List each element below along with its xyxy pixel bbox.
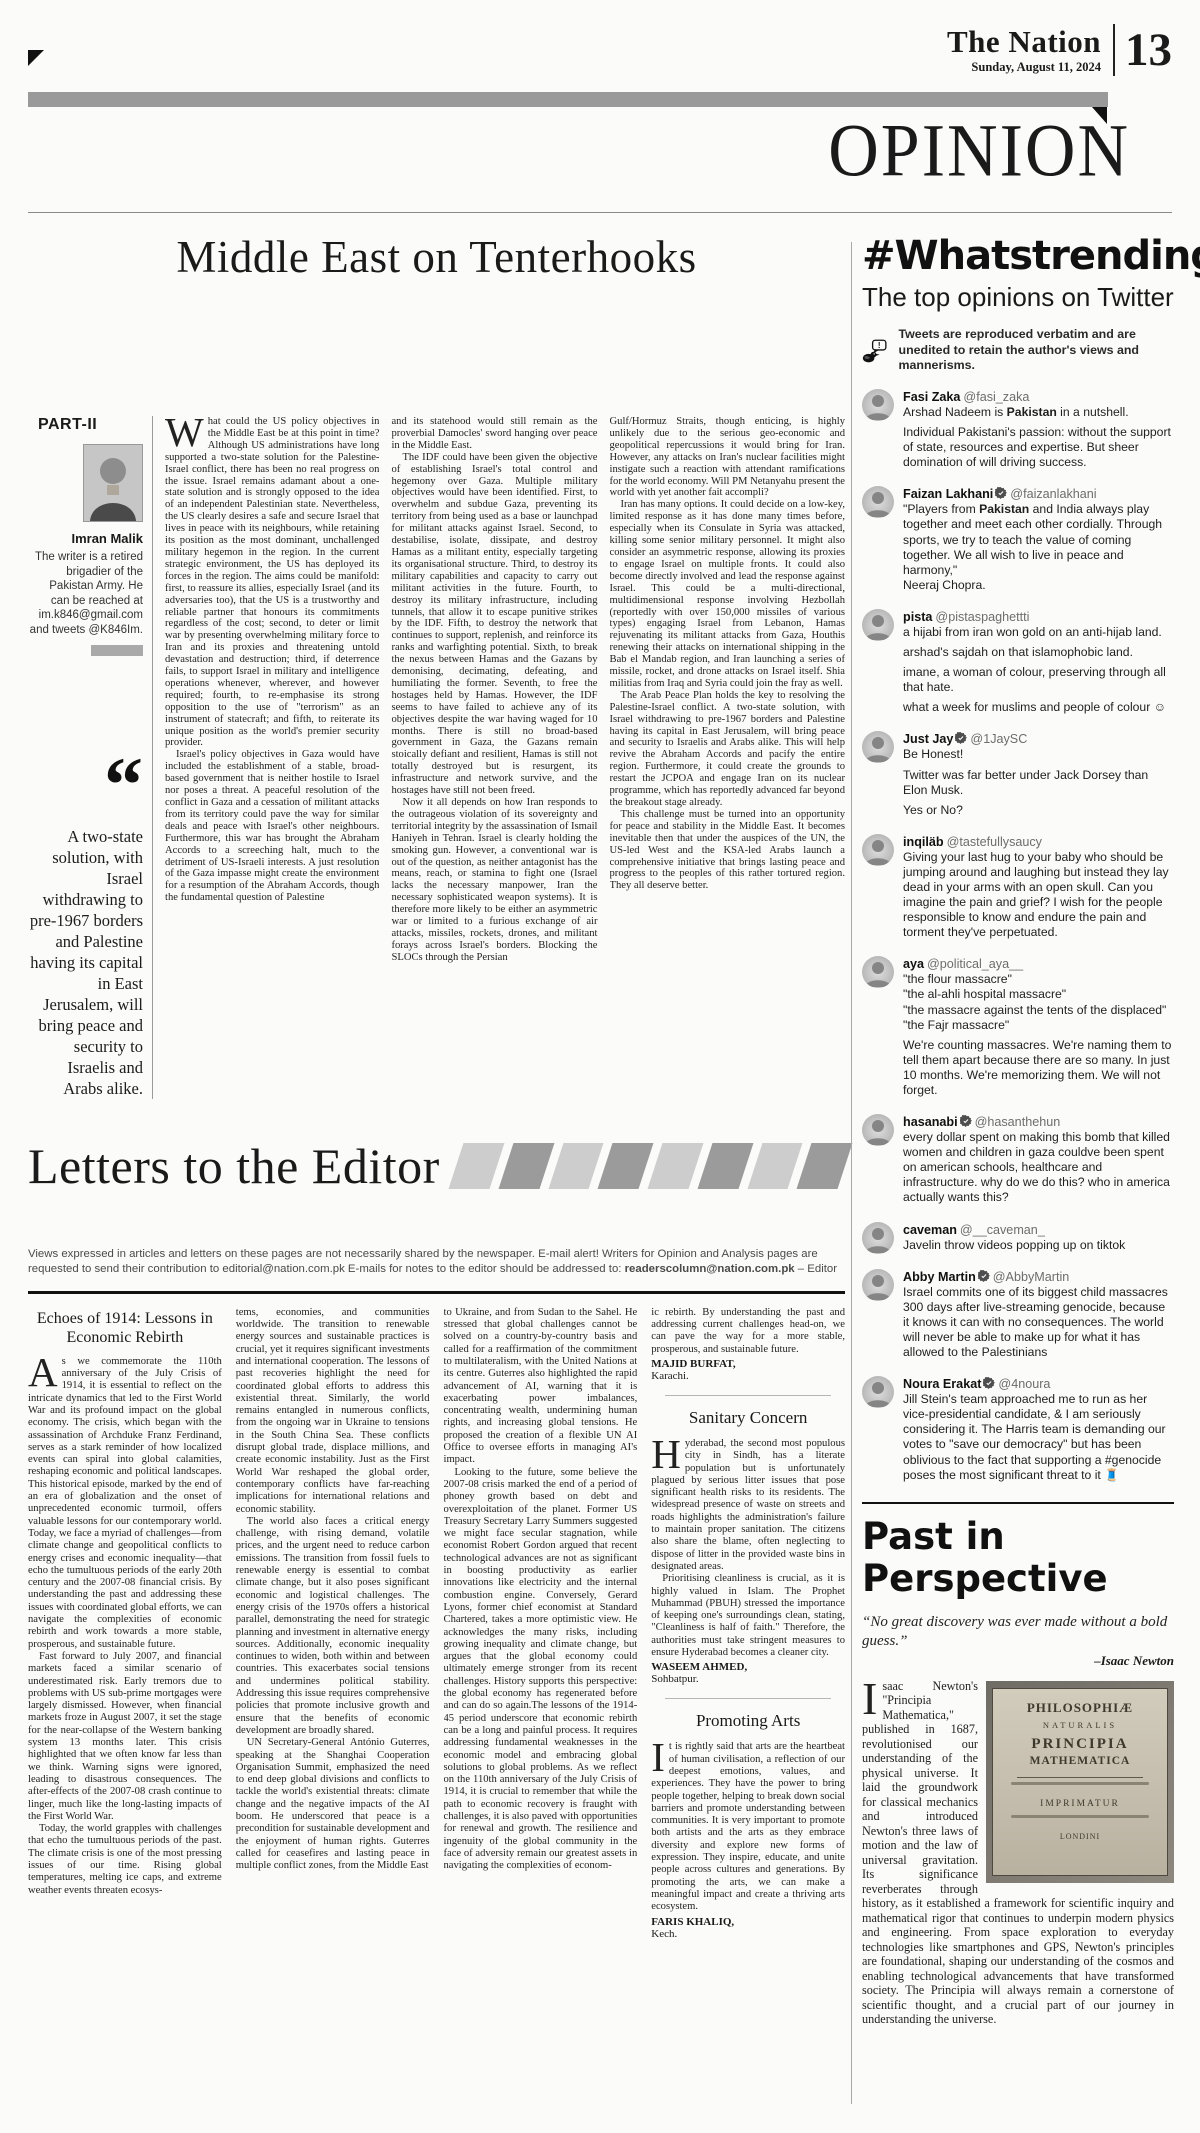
tweet-item: caveman@__caveman_Javelin throw videos p… (862, 1222, 1174, 1258)
paragraph: to Ukraine, and from Sudan to the Sahel.… (444, 1307, 638, 1467)
tweet-text: "the flour massacre" "the al-ahli hospit… (903, 972, 1174, 1098)
letter-heading: Sanitary Concern (651, 1408, 845, 1428)
tweet-body: caveman@__caveman_Javelin throw videos p… (903, 1222, 1174, 1258)
letters-header: Letters to the Editor (28, 1135, 845, 1197)
tweet-item: hasanabi@hasanthehunevery dollar spent o… (862, 1114, 1174, 1210)
article-column-1: What could the US policy objectives in t… (165, 416, 379, 1099)
book-title-line: MATHEMATICA (1030, 1754, 1131, 1769)
letter-heading: Promoting Arts (651, 1711, 845, 1731)
letters-column-2: tems, economies, and communities worldwi… (236, 1307, 430, 2133)
paper-name: The Nation (947, 26, 1101, 58)
paragraph: ic rebirth. By understanding the past an… (651, 1307, 845, 1356)
tweet-text: every dollar spent on making this bomb t… (903, 1130, 1174, 1205)
rail-divider-box (91, 645, 143, 656)
sidebar-divider (851, 242, 852, 2104)
paragraph: The world also faces a critical energy c… (236, 1516, 430, 1737)
tweet-body: inqiläb@tastefullysaucyGiving your last … (903, 834, 1174, 946)
author-photo (83, 444, 143, 522)
verified-badge-icon (983, 1377, 995, 1389)
tweet-handle: @political_aya__ (927, 957, 1023, 971)
tweet-handle: @pistaspaghettti (935, 610, 1029, 624)
svg-text:!: ! (878, 341, 881, 350)
header-rule (28, 212, 1172, 213)
author-rail: PART-II Imran Malik The writer is a reti… (28, 416, 153, 1099)
letters-header-stripes (448, 1143, 852, 1189)
letters-columns: Echoes of 1914: Lessons in Economic Rebi… (28, 1307, 845, 2133)
tweet-author: Fasi Zaka@fasi_zaka (903, 389, 1174, 405)
pull-quote: A two-state solution, with Israel withdr… (28, 826, 143, 1099)
quote-marks-icon: “ (28, 764, 143, 806)
tweet-paragraph: Twitter was far better under Jack Dorsey… (903, 768, 1174, 798)
tweet-paragraph: We're counting massacres. We're naming t… (903, 1038, 1174, 1098)
tweet-author: Just Jay@1JaySC (903, 731, 1174, 747)
letters-rule (28, 1291, 845, 1294)
paragraph: and its statehood would still remain as … (391, 416, 597, 452)
paragraph: Israel's policy objectives in Gaza would… (165, 749, 379, 904)
letters-disclaimer: Views expressed in articles and letters … (28, 1247, 845, 1278)
whatstrending-title: #Whatstrending (862, 234, 1174, 278)
avatar-silhouette-icon (862, 956, 894, 988)
paragraph: Gulf/Hormuz Straits, though enticing, is… (610, 416, 846, 499)
paragraph: Iran has many options. It could decide o… (610, 499, 846, 690)
avatar (862, 609, 894, 641)
person-silhouette-icon (84, 445, 142, 521)
tweet-item: Fasi Zaka@fasi_zakaArshad Nadeem is Paki… (862, 389, 1174, 475)
part-label: PART-II (28, 416, 143, 434)
paragraph: Now it all depends on how Iran responds … (391, 797, 597, 964)
avatar-silhouette-icon (862, 1114, 894, 1146)
article-title: Middle East on Tenterhooks (28, 230, 845, 284)
tweet-item: Abby Martin@AbbyMartinIsrael commits one… (862, 1269, 1174, 1365)
principia-title-page: PHILOSOPHIÆNATURALISPRINCIPIAMATHEMATICA… (992, 1688, 1168, 1876)
paragraph: Hyderabad, the second most populous city… (651, 1438, 845, 1573)
avatar (862, 731, 894, 763)
tweet-item: Just Jay@1JaySCBe Honest!Twitter was far… (862, 731, 1174, 822)
letter-heading: Echoes of 1914: Lessons in Economic Rebi… (28, 1309, 222, 1347)
avatar (862, 1376, 894, 1408)
tweet-body: Faizan Lakhani@faizanlakhani"Players fro… (903, 486, 1174, 598)
tweet-handle: @tastefullysaucy (947, 835, 1042, 849)
letters-title: Letters to the Editor (28, 1138, 440, 1194)
book-title-line: IMPRIMATUR (1040, 1797, 1120, 1812)
newspaper-page: The Nation Sunday, August 11, 2024 13 OP… (0, 0, 1200, 2133)
tweet-author: Faizan Lakhani@faizanlakhani (903, 486, 1174, 502)
tweet-author-name: Abby Martin (903, 1270, 976, 1284)
author-bio: The writer is a retired brigadier of the… (28, 550, 143, 638)
tweet-paragraph: what a week for muslims and people of co… (903, 700, 1174, 715)
avatar-silhouette-icon (862, 731, 894, 763)
paragraph: What could the US policy objectives in t… (165, 416, 379, 749)
paragraph: The IDF could have been given the object… (391, 452, 597, 797)
masthead: The Nation Sunday, August 11, 2024 13 (890, 24, 1172, 76)
past-section-rule (862, 1502, 1174, 1504)
verified-badge-icon (955, 732, 967, 744)
tweet-body: aya@political_aya__"the flour massacre" … (903, 956, 1174, 1103)
tweet-paragraph: Yes or No? (903, 803, 1174, 818)
page-number: 13 (1125, 27, 1172, 74)
paragraph: It is rightly said that arts are the hea… (651, 1741, 845, 1913)
sidebar: #Whatstrending The top opinions on Twitt… (862, 234, 1174, 2027)
tweets-list: Fasi Zaka@fasi_zakaArshad Nadeem is Paki… (862, 389, 1174, 1488)
tweet-body: hasanabi@hasanthehunevery dollar spent o… (903, 1114, 1174, 1210)
verified-badge-icon (995, 487, 1007, 499)
book-smudge (1011, 1782, 1149, 1785)
tweet-paragraph: Jill Stein's team approached me to run a… (903, 1392, 1174, 1483)
tweet-author-name: caveman (903, 1223, 957, 1237)
letter-location: Sohbatpur. (651, 1673, 845, 1685)
avatar-silhouette-icon (862, 834, 894, 866)
tweet-author-name: Noura Erakat (903, 1377, 981, 1391)
tweet-handle: @fasi_zaka (963, 390, 1029, 404)
past-quote-attribution: –Isaac Newton (862, 1653, 1174, 1669)
tweet-text: "Players from Pakistan and India always … (903, 502, 1174, 593)
whatstrending-subtitle: The top opinions on Twitter (862, 282, 1174, 312)
avatar-silhouette-icon (862, 389, 894, 421)
tweet-handle: @1JaySC (970, 732, 1027, 746)
avatar (862, 1222, 894, 1254)
tweet-paragraph: Israel commits one of its biggest child … (903, 1285, 1174, 1360)
tweet-author: caveman@__caveman_ (903, 1222, 1174, 1238)
tweet-item: Faizan Lakhani@faizanlakhani"Players fro… (862, 486, 1174, 598)
tweet-paragraph: Be Honest! (903, 747, 1174, 762)
letters-column-3: to Ukraine, and from Sudan to the Sahel.… (444, 1307, 638, 2133)
verified-badge-icon (978, 1270, 990, 1282)
paragraph: The Arab Peace Plan holds the key to res… (610, 690, 846, 809)
tweet-paragraph: "the flour massacre" "the al-ahli hospit… (903, 972, 1174, 1032)
paragraph: UN Secretary-General António Guterres, s… (236, 1737, 430, 1872)
letter-location: Kech. (651, 1928, 845, 1940)
tweet-author-name: Just Jay (903, 732, 953, 746)
tweet-text: Arshad Nadeem is Pakistan in a nutshell.… (903, 405, 1174, 470)
avatar-silhouette-icon (862, 1222, 894, 1254)
article-column-3: Gulf/Hormuz Straits, though enticing, is… (610, 416, 846, 1099)
avatar (862, 486, 894, 518)
tweet-item: Noura Erakat@4nouraJill Stein's team app… (862, 1376, 1174, 1488)
tweet-author-name: pista (903, 610, 932, 624)
tweet-text: Israel commits one of its biggest child … (903, 1285, 1174, 1360)
avatar (862, 389, 894, 421)
avatar-silhouette-icon (862, 1376, 894, 1408)
book-title-line: PHILOSOPHIÆ (1027, 1701, 1133, 1716)
author-name: Imran Malik (28, 531, 143, 546)
tweet-paragraph: a hijabi from iran won gold on an anti-h… (903, 625, 1174, 640)
letter-divider (665, 1395, 832, 1396)
tweet-paragraph: imane, a woman of colour, preserving thr… (903, 665, 1174, 695)
tweet-paragraph: Individual Pakistani's passion: without … (903, 425, 1174, 470)
tweet-paragraph: arshad's sajdah on that islamophobic lan… (903, 645, 1174, 660)
tweet-handle: @hasanthehun (975, 1115, 1061, 1129)
print-corner-mark (28, 50, 44, 66)
tweet-paragraph: Giving your last hug to your baby who sh… (903, 850, 1174, 941)
book-title-line: LONDINI (1060, 1830, 1100, 1845)
avatar-silhouette-icon (862, 609, 894, 641)
tweet-author: pista@pistaspaghettti (903, 609, 1174, 625)
tweet-paragraph: Javelin throw videos popping up on tikto… (903, 1238, 1174, 1253)
avatar (862, 1114, 894, 1146)
past-in-perspective-title: Past in Perspective (862, 1516, 1174, 1600)
tweet-text: Javelin throw videos popping up on tikto… (903, 1238, 1174, 1253)
letters-column-4: ic rebirth. By understanding the past an… (651, 1307, 845, 2133)
tweet-author: Noura Erakat@4noura (903, 1376, 1174, 1392)
tweet-text: Be Honest!Twitter was far better under J… (903, 747, 1174, 817)
tweet-author: aya@political_aya__ (903, 956, 1174, 972)
tweet-text: Giving your last hug to your baby who sh… (903, 850, 1174, 941)
tweet-author-name: inqiläb (903, 835, 944, 849)
tweet-handle: @AbbyMartin (993, 1270, 1069, 1284)
letter-location: Karachi. (651, 1370, 845, 1382)
paragraph: Prioritising cleanliness is crucial, as … (651, 1573, 845, 1659)
tweet-text: a hijabi from iran won gold on an anti-h… (903, 625, 1174, 715)
letter-signature: WASEEM AHMED, (651, 1661, 845, 1673)
tweet-handle: @__caveman_ (960, 1223, 1045, 1237)
verbatim-text: Tweets are reproduced verbatim and are u… (899, 327, 1174, 374)
past-quote: “No great discovery was ever made withou… (862, 1613, 1174, 1651)
principia-book-image: PHILOSOPHIÆNATURALISPRINCIPIAMATHEMATICA… (986, 1681, 1174, 1883)
tweet-paragraph: Arshad Nadeem is Pakistan in a nutshell. (903, 405, 1174, 420)
avatar (862, 834, 894, 866)
book-smudge (1011, 1815, 1149, 1818)
nameplate: The Nation Sunday, August 11, 2024 (947, 26, 1101, 75)
paragraph: Today, the world grapples with challenge… (28, 1823, 222, 1897)
letters-column-1: Echoes of 1914: Lessons in Economic Rebi… (28, 1307, 222, 2133)
tweet-author-name: Fasi Zaka (903, 390, 960, 404)
paragraph: Fast forward to July 2007, and financial… (28, 1651, 222, 1823)
paragraph: tems, economies, and communities worldwi… (236, 1307, 430, 1516)
paragraph: As we commemorate the 110th anniversary … (28, 1356, 222, 1651)
article-column-2: and its statehood would still remain as … (391, 416, 597, 1099)
paragraph: This challenge must be turned into an op… (610, 809, 846, 892)
tweet-handle: @4noura (998, 1377, 1050, 1391)
tweet-item: aya@political_aya__"the flour massacre" … (862, 956, 1174, 1103)
twitter-bird-icon: ! (862, 327, 889, 376)
book-separator (1017, 1777, 1143, 1778)
tweet-body: Fasi Zaka@fasi_zakaArshad Nadeem is Paki… (903, 389, 1174, 475)
issue-date: Sunday, August 11, 2024 (947, 60, 1101, 75)
article-columns: What could the US policy objectives in t… (153, 416, 845, 1099)
tweet-author-name: Faizan Lakhani (903, 487, 993, 501)
letter-divider (665, 1698, 832, 1699)
avatar-silhouette-icon (862, 486, 894, 518)
main-content: Middle East on Tenterhooks PART-II Imran… (28, 222, 845, 2133)
avatar (862, 1269, 894, 1301)
paragraph: Looking to the future, some believe the … (444, 1467, 638, 1873)
past-body: PHILOSOPHIÆNATURALISPRINCIPIAMATHEMATICA… (862, 1679, 1174, 2027)
masthead-divider (1113, 24, 1115, 76)
letter-signature: FARIS KHALIQ, (651, 1916, 845, 1928)
section-bar (28, 92, 1108, 107)
tweet-body: pista@pistaspaghetttia hijabi from iran … (903, 609, 1174, 720)
tweet-item: pista@pistaspaghetttia hijabi from iran … (862, 609, 1174, 720)
tweet-author: hasanabi@hasanthehun (903, 1114, 1174, 1130)
tweet-item: inqiläb@tastefullysaucyGiving your last … (862, 834, 1174, 946)
tweet-author-name: hasanabi (903, 1115, 958, 1129)
tweet-body: Abby Martin@AbbyMartinIsrael commits one… (903, 1269, 1174, 1365)
verbatim-note: ! Tweets are reproduced verbatim and are… (862, 327, 1174, 376)
verified-badge-icon (960, 1115, 972, 1127)
avatar-silhouette-icon (862, 1269, 894, 1301)
tweet-body: Just Jay@1JaySCBe Honest!Twitter was far… (903, 731, 1174, 822)
tweet-handle: @faizanlakhani (1010, 487, 1096, 501)
tweet-body: Noura Erakat@4nouraJill Stein's team app… (903, 1376, 1174, 1488)
tweet-paragraph: every dollar spent on making this bomb t… (903, 1130, 1174, 1205)
book-title-line: PRINCIPIA (1031, 1737, 1128, 1752)
tweet-author-name: aya (903, 957, 924, 971)
book-title-line: NATURALIS (1043, 1718, 1117, 1733)
tweet-text: Jill Stein's team approached me to run a… (903, 1392, 1174, 1483)
article-body: PART-II Imran Malik The writer is a reti… (28, 416, 845, 1099)
letter-signature: MAJID BURFAT, (651, 1358, 845, 1370)
avatar (862, 956, 894, 988)
tweet-paragraph: "Players from Pakistan and India always … (903, 502, 1174, 593)
tweet-author: Abby Martin@AbbyMartin (903, 1269, 1174, 1285)
section-title: OPINION (828, 112, 1130, 192)
tweet-author: inqiläb@tastefullysaucy (903, 834, 1174, 850)
